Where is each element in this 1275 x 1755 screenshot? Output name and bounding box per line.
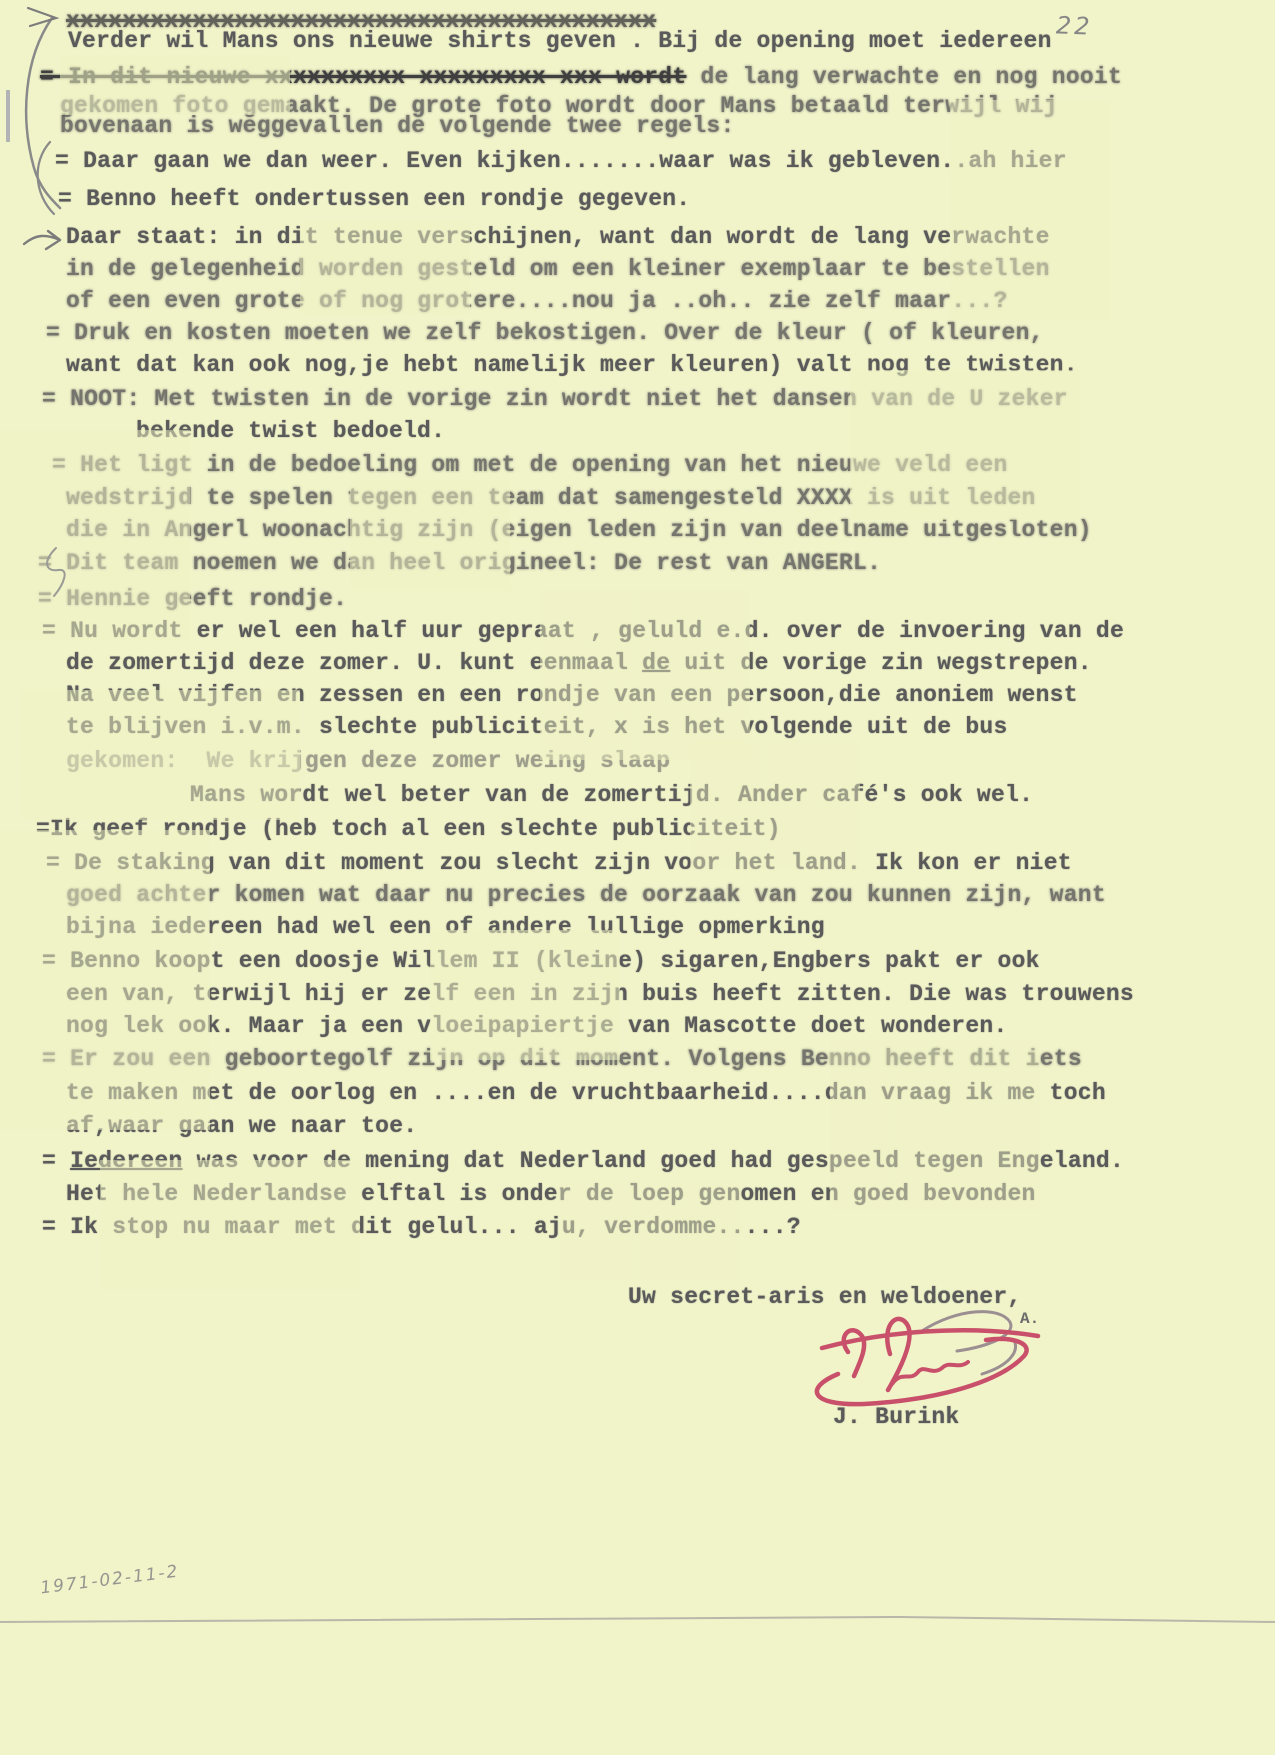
typed-text-segment: Mans wordt wel beter van de zomertijd. A…	[190, 782, 1033, 808]
scanned-letter-page: xxxxxxxxxxxxxxxxxxxxxxxxxxxxxxxxxxxxxxxx…	[0, 0, 1275, 1755]
typed-line: = Het ligt in de bedoeling om met de ope…	[52, 452, 1008, 478]
typed-text-segment: want dat kan ook nog,je hebt namelijk me…	[66, 352, 1078, 378]
typed-text-segment: = Druk en kosten moeten we zelf bekostig…	[46, 320, 1044, 346]
typed-line: = Benno heeft ondertussen een rondje geg…	[58, 186, 690, 212]
typed-line: = NOOT: Met twisten in de vorige zin wor…	[42, 386, 1068, 412]
typed-text-segment: goed achter komen wat daar nu precies de…	[66, 882, 1106, 908]
typed-line: te maken met de oorlog en ....en de vruc…	[66, 1080, 1106, 1106]
typed-line: die in Angerl woonachtig zijn (eigen led…	[66, 517, 1092, 543]
typed-text-segment: Het hele Nederlandse elftal is onder de …	[66, 1181, 1036, 1207]
typed-text-segment: die in Angerl woonachtig zijn (eigen led…	[66, 517, 1092, 543]
page-number-annotation: 22	[1056, 11, 1094, 40]
typed-text-segment: af,waar gaan we naar toe.	[66, 1113, 417, 1139]
typed-text-segment: bekende twist bedoeld.	[136, 418, 445, 444]
typed-text-segment: = Benno heeft ondertussen een rondje geg…	[58, 186, 690, 212]
typed-line: bovenaan is weggevallen de volgende twee…	[60, 113, 735, 139]
typed-text-segment: uit de vorige zin wegstrepen.	[670, 650, 1092, 676]
typed-text-segment: = Nu wordt er wel een half uur gepraat ,…	[42, 618, 1124, 644]
typed-line: = Daar gaan we dan weer. Even kijken....…	[55, 148, 1067, 174]
typed-line: nog lek ook. Maar ja een vloeipapiertje …	[66, 1013, 1008, 1039]
typed-text-block: xxxxxxxxxxxxxxxxxxxxxxxxxxxxxxxxxxxxxxxx…	[0, 0, 1275, 1755]
typed-line: = Iedereen was voor de mening dat Nederl…	[42, 1148, 1124, 1174]
typed-text-segment: de lang verwachte en nog nooit	[686, 64, 1122, 90]
typed-line: bekende twist bedoeld.	[136, 418, 445, 444]
typed-line: = Dit team noemen we dan heel origineel:…	[38, 550, 881, 576]
typed-line: =Ik geef rondje (heb toch al een slechte…	[36, 816, 781, 842]
typed-text-segment: in de gelegenheid worden gesteld om een …	[66, 256, 1050, 282]
typed-text-segment: = Benno koopt een doosje Willem II (klei…	[42, 948, 1040, 974]
signature-initial-annotation: A.	[1020, 1310, 1039, 1328]
signed-name: J. Burink	[833, 1404, 959, 1430]
typed-line: = In dit nieuwe xxxxxxxxxx xxxxxxxxx xxx…	[40, 64, 1122, 90]
typed-text-segment: de zomertijd deze zomer. U. kunt eenmaal	[66, 650, 642, 676]
typed-text-segment: Iedereen	[70, 1148, 182, 1174]
typed-text-segment: of een even grote of nog grotere....nou …	[66, 288, 1008, 314]
typed-text-segment: gekomen: We krijgen deze zomer weing sla…	[66, 748, 670, 774]
typed-text-segment: bovenaan is weggevallen de volgende twee…	[60, 113, 735, 139]
typed-text-segment: = Hennie geeft rondje.	[38, 586, 347, 612]
typed-text-segment: = Er zou een geboortegolf zijn op dit mo…	[42, 1046, 1082, 1072]
typed-text-segment: = Dit team noemen we dan heel origineel:…	[38, 550, 881, 576]
typed-text-segment: te maken met de oorlog en ....en de vruc…	[66, 1080, 1106, 1106]
typed-line: gekomen: We krijgen deze zomer weing sla…	[66, 748, 670, 774]
typed-text-segment: = NOOT: Met twisten in de vorige zin wor…	[42, 386, 1068, 412]
typed-text-segment: = In dit nieuwe xxxxxxxxxx xxxxxxxxx xxx…	[40, 64, 686, 90]
closing-line: Uw secret-aris en weldoener,	[628, 1284, 1021, 1310]
typed-text-segment: = De staking van dit moment zou slecht z…	[46, 850, 1072, 876]
typed-text-segment: te blijven i.v.m. slechte publiciteit, x…	[66, 714, 1008, 740]
typed-text-segment: nog lek ook. Maar ja een vloeipapiertje …	[66, 1013, 1008, 1039]
typed-text-segment: = Daar gaan we dan weer. Even kijken....…	[55, 148, 1067, 174]
typed-line: Het hele Nederlandse elftal is onder de …	[66, 1181, 1036, 1207]
typed-line: goed achter komen wat daar nu precies de…	[66, 882, 1106, 908]
typed-line: = Hennie geeft rondje.	[38, 586, 347, 612]
typed-line: = De staking van dit moment zou slecht z…	[46, 850, 1072, 876]
typed-text-segment: was voor de mening dat Nederland goed ha…	[183, 1148, 1125, 1174]
typed-line: Daar staat: in dit tenue verschijnen, wa…	[66, 224, 1050, 250]
typed-line: wedstrijd te spelen tegen een team dat s…	[66, 485, 1036, 511]
typed-text-segment: = Het ligt in de bedoeling om met de ope…	[52, 452, 1008, 478]
typed-line: de zomertijd deze zomer. U. kunt eenmaal…	[66, 650, 1092, 676]
typed-line: of een even grote of nog grotere....nou …	[66, 288, 1008, 314]
typed-text-segment: een van, terwijl hij er zelf een in zijn…	[66, 981, 1134, 1007]
typed-line: Verder wil Mans ons nieuwe shirts geven …	[68, 28, 1052, 54]
typed-line: = Druk en kosten moeten we zelf bekostig…	[46, 320, 1044, 346]
typed-line: Na veel vijfen en zessen en een rondje v…	[66, 682, 1078, 708]
typed-line: een van, terwijl hij er zelf een in zijn…	[66, 981, 1134, 1007]
typed-text-segment: wedstrijd te spelen tegen een team dat s…	[66, 485, 1036, 511]
typed-text-segment: Daar staat: in dit tenue verschijnen, wa…	[66, 224, 1050, 250]
typed-text-segment: Verder wil Mans ons nieuwe shirts geven …	[68, 28, 1052, 54]
typed-line: = Nu wordt er wel een half uur gepraat ,…	[42, 618, 1124, 644]
typed-text-segment: =	[42, 1148, 70, 1174]
typed-line: = Ik stop nu maar met dit gelul... aju, …	[42, 1214, 801, 1240]
typed-line: af,waar gaan we naar toe.	[66, 1113, 417, 1139]
typed-text-segment: Na veel vijfen en zessen en een rondje v…	[66, 682, 1078, 708]
typed-text-segment: bijna iedereen had wel een of andere lul…	[66, 914, 825, 940]
typed-line: te blijven i.v.m. slechte publiciteit, x…	[66, 714, 1008, 740]
typed-text-segment: de	[642, 650, 670, 676]
typed-line: bijna iedereen had wel een of andere lul…	[66, 914, 825, 940]
typed-line: = Er zou een geboortegolf zijn op dit mo…	[42, 1046, 1082, 1072]
typed-line: in de gelegenheid worden gesteld om een …	[66, 256, 1050, 282]
typed-text-segment: = Ik stop nu maar met dit gelul... aju, …	[42, 1214, 801, 1240]
typed-text-segment: =Ik geef rondje (heb toch al een slechte…	[36, 816, 781, 842]
typed-line: Mans wordt wel beter van de zomertijd. A…	[190, 782, 1033, 808]
typed-line: want dat kan ook nog,je hebt namelijk me…	[66, 352, 1078, 378]
typed-line: = Benno koopt een doosje Willem II (klei…	[42, 948, 1040, 974]
